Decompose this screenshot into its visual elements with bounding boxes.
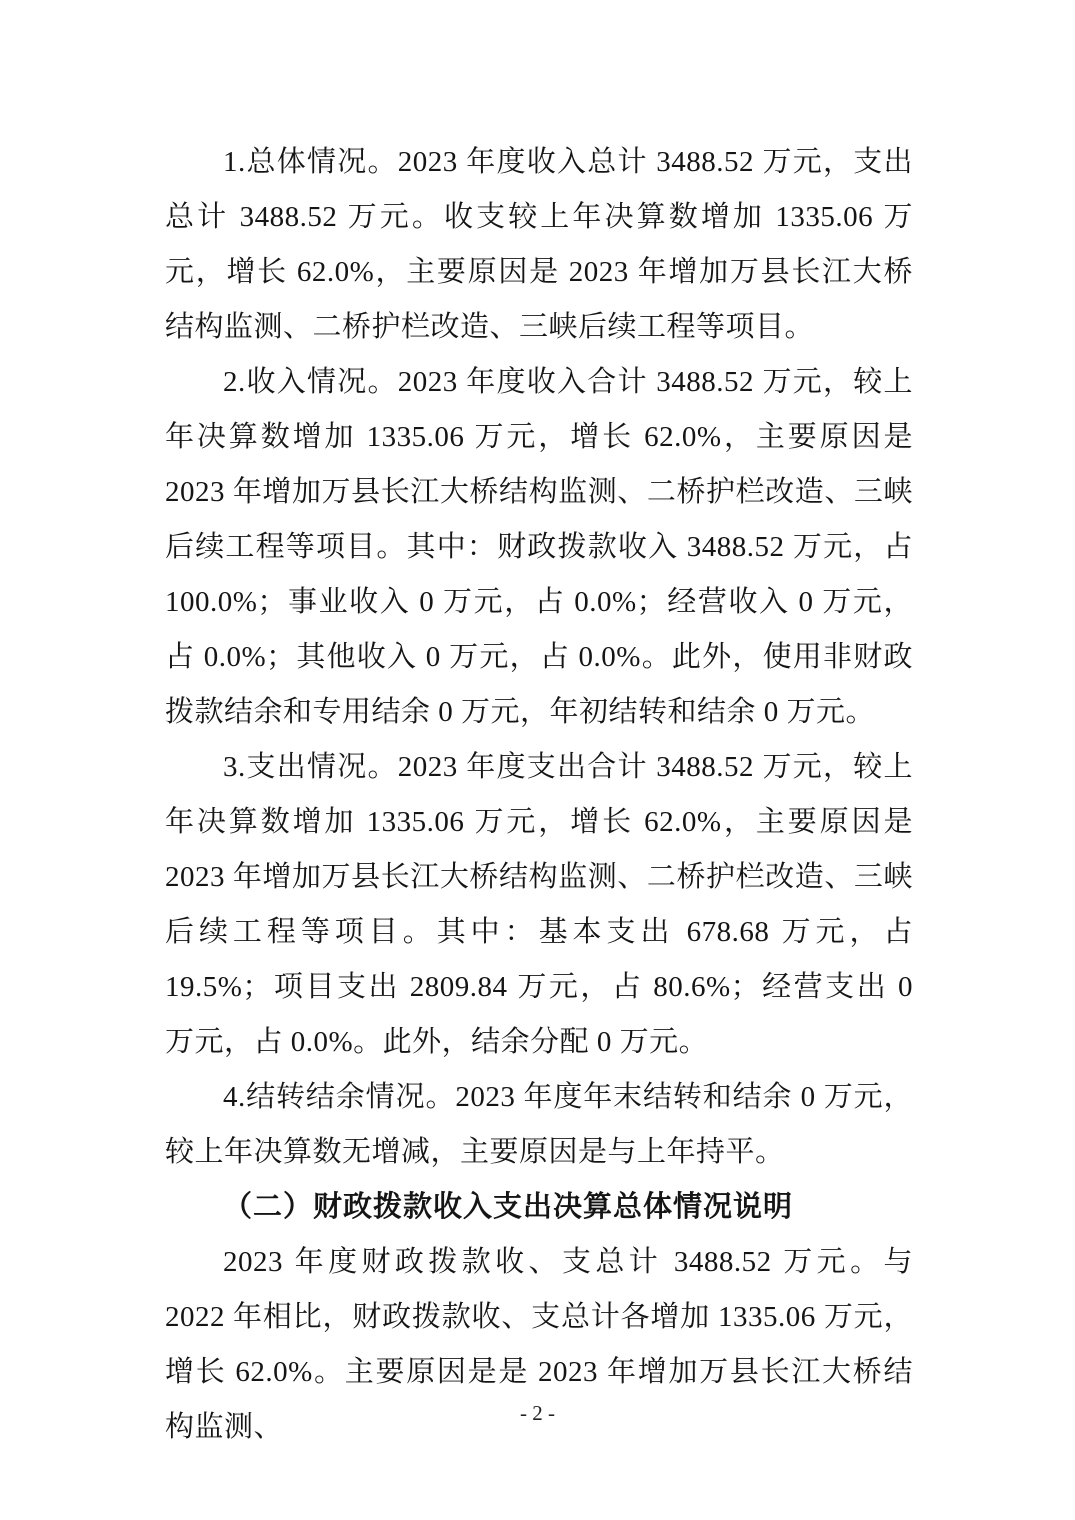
section-heading-fiscal-appropriation: （二）财政拨款收入支出决算总体情况说明 [165,1180,913,1235]
page-number: - 2 - [0,1398,1075,1428]
document-page: 1.总体情况。2023 年度收入总计 3488.52 万元，支出总计 3488.… [0,0,1075,1520]
paragraph-carryover-situation: 4.结转结余情况。2023 年度年末结转和结余 0 万元，较上年决算数无增减，主… [165,1070,913,1180]
paragraph-expenditure-situation: 3.支出情况。2023 年度支出合计 3488.52 万元，较上年决算数增加 1… [165,740,913,1070]
document-body: 1.总体情况。2023 年度收入总计 3488.52 万元，支出总计 3488.… [165,135,913,1455]
paragraph-overall-situation: 1.总体情况。2023 年度收入总计 3488.52 万元，支出总计 3488.… [165,135,913,355]
paragraph-income-situation: 2.收入情况。2023 年度收入合计 3488.52 万元，较上年决算数增加 1… [165,355,913,740]
